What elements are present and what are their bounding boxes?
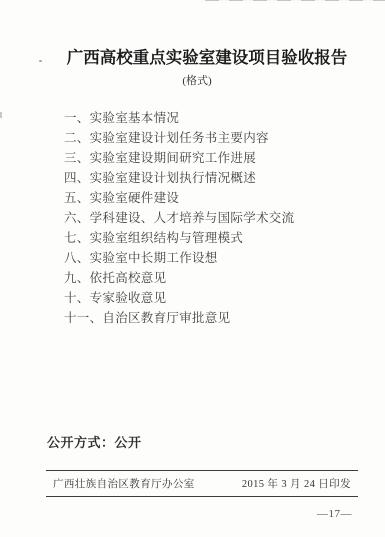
toc-item-6: 六、学科建设、人才培养与国际学术交流 xyxy=(64,208,294,228)
scan-artifact-top-edge xyxy=(205,0,385,1)
toc-item-5: 五、实验室硬件建设 xyxy=(64,188,294,208)
toc-item-2: 二、实验室建设计划任务书主要内容 xyxy=(64,128,294,148)
scan-speck xyxy=(0,112,2,118)
toc-item-4: 四、实验室建设计划执行情况概述 xyxy=(64,168,294,188)
publicity-method-line: 公开方式：公开 xyxy=(47,432,142,451)
toc-item-11: 十一、自治区教育厅审批意见 xyxy=(64,308,294,328)
toc-item-8: 八、实验室中长期工作设想 xyxy=(64,248,294,268)
document-subtitle: (格式) xyxy=(64,72,330,88)
document-page: 广西高校重点实验室建设项目验收报告 (格式) 一、实验室基本情况 二、实验室建设… xyxy=(0,0,385,537)
page-number: —17— xyxy=(317,508,352,520)
toc-item-10: 十、专家验收意见 xyxy=(64,288,294,308)
print-date: 2015 年 3 月 24 日印发 xyxy=(242,476,351,491)
toc-item-3: 三、实验室建设期间研究工作进展 xyxy=(64,148,294,168)
issuing-office: 广西壮族自治区教育厅办公室 xyxy=(53,476,195,491)
colophon-box: 广西壮族自治区教育厅办公室 2015 年 3 月 24 日印发 xyxy=(46,470,358,497)
table-of-contents: 一、实验室基本情况 二、实验室建设计划任务书主要内容 三、实验室建设期间研究工作… xyxy=(64,108,294,328)
toc-item-9: 九、依托高校意见 xyxy=(64,268,294,288)
toc-item-1: 一、实验室基本情况 xyxy=(64,108,294,128)
document-title: 广西高校重点实验室建设项目验收报告 xyxy=(66,44,348,68)
scan-speck xyxy=(39,60,42,62)
toc-item-7: 七、实验室组织结构与管理模式 xyxy=(64,228,294,248)
